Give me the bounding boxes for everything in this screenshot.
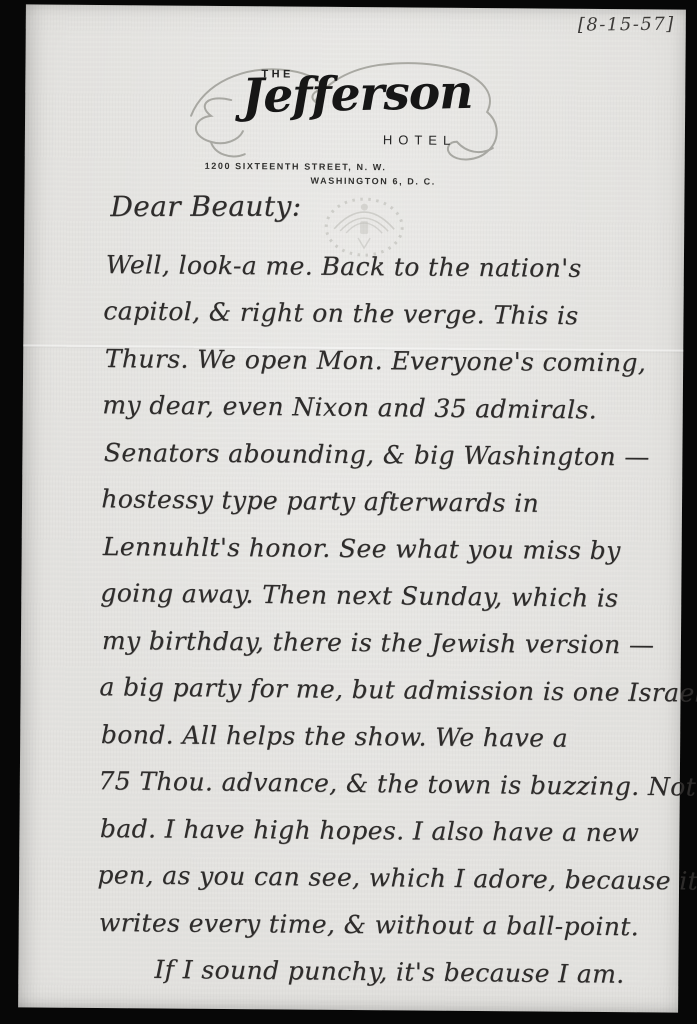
salutation: Dear Beauty: — [110, 190, 301, 224]
handwritten-line: Senators abounding, & big Washington — — [104, 429, 686, 481]
date-annotation: [8-15-57] — [578, 14, 675, 36]
handwritten-line: pen, as you can see, which I adore, beca… — [97, 851, 679, 904]
handwritten-line: Thurs. We open Mon. Everyone's coming, — [105, 335, 687, 387]
handwritten-line: 75 Thou. advance, & the town is buzzing.… — [98, 757, 680, 810]
handwritten-line: my birthday, there is the Jewish version… — [102, 617, 684, 669]
letterhead: THE Jefferson HOTEL 1200 SIXTEENTH STREE… — [174, 52, 535, 205]
hotel-name: Jefferson — [233, 67, 482, 123]
letter-body: Well, look-a me. Back to the nation's ca… — [96, 240, 686, 998]
letterhead-hotel-word: HOTEL — [383, 132, 456, 148]
handwritten-line: If I sound punchy, it's because I am. — [96, 945, 678, 998]
handwritten-line: my dear, even Nixon and 35 admirals. — [102, 381, 684, 434]
handwritten-line: Well, look-a me. Back to the nation's — [106, 241, 688, 293]
handwritten-line: bad. I have high hopes. I also have a ne… — [100, 805, 682, 857]
handwritten-line: Lennuhlt's honor. See what you miss by — [103, 523, 685, 575]
handwritten-line: bond. All helps the show. We have a — [101, 711, 683, 763]
scanned-letter: { "annotation": { "date": "[8-15-57]" },… — [0, 0, 697, 1024]
handwritten-line: going away. Then next Sunday, which is — [100, 569, 682, 622]
handwritten-line: writes every time, & without a ball-poin… — [99, 899, 681, 951]
address-line-1: 1200 SIXTEENTH STREET, N. W. — [205, 161, 387, 172]
handwritten-line: a big party for me, but admission is one… — [99, 663, 681, 716]
handwritten-line: capitol, & right on the verge. This is — [103, 287, 685, 340]
letter-paper: [8-15-57] THE Jefferson HOTEL 1200 SIXTE… — [18, 4, 686, 1012]
address-line-2: WASHINGTON 6, D. C. — [311, 176, 436, 187]
handwritten-line: hostessy type party afterwards in — [101, 475, 683, 528]
